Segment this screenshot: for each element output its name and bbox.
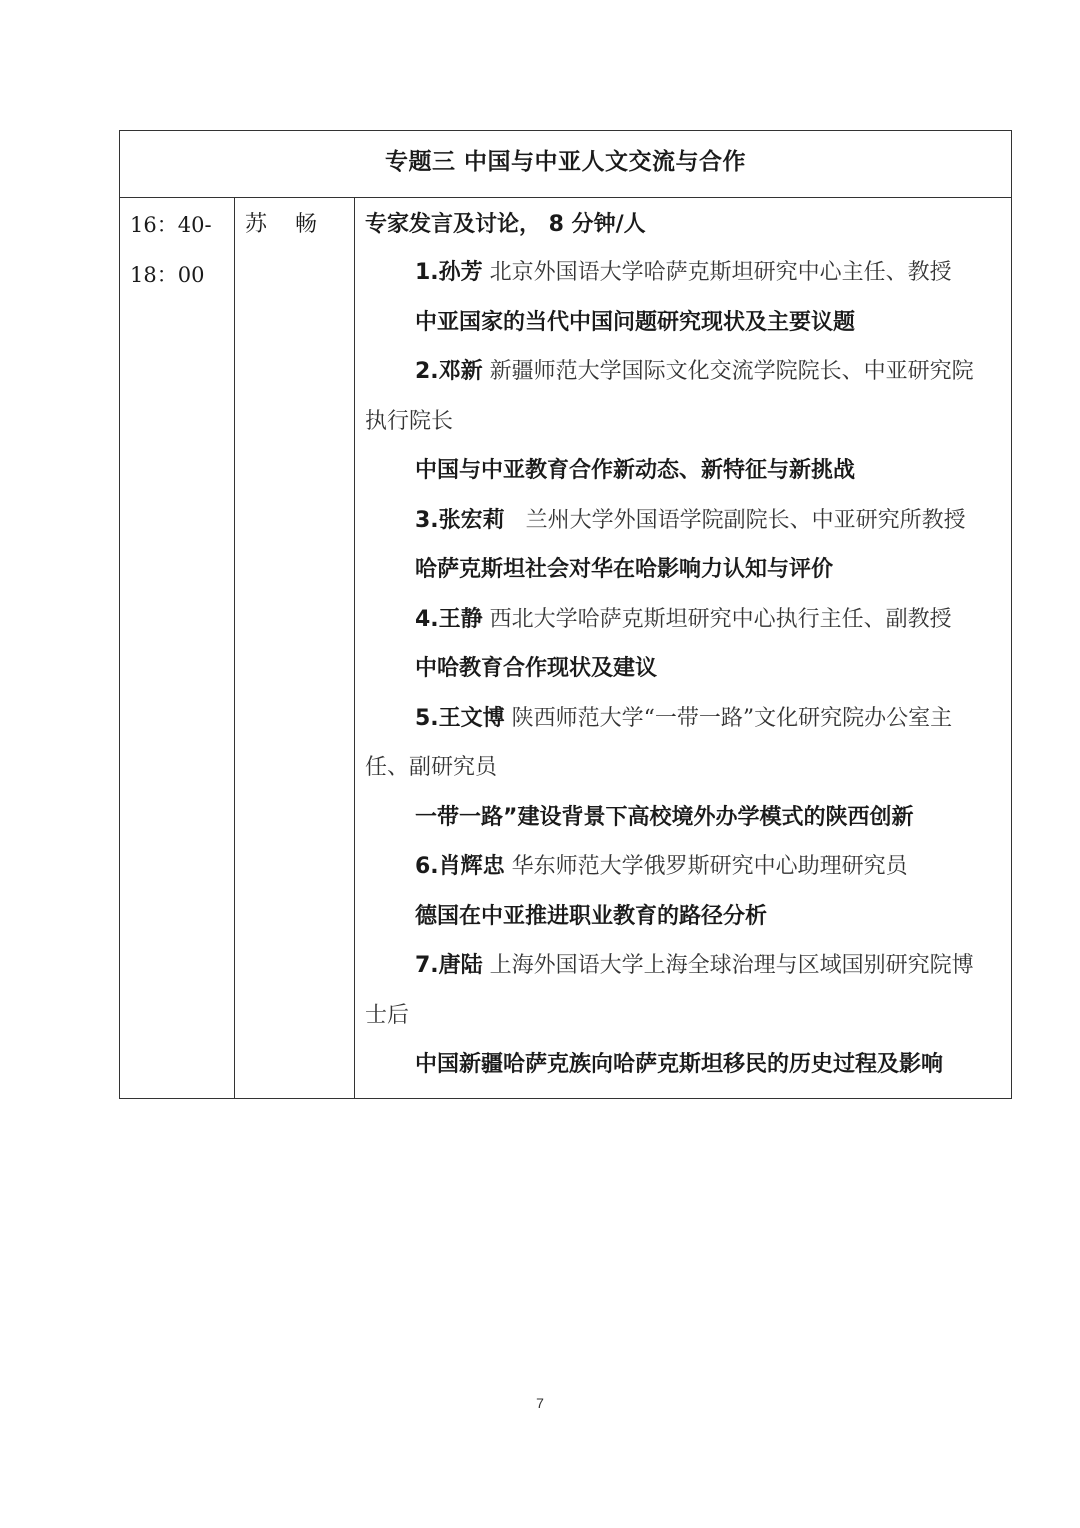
speaker-name: 3.张宏莉 (415, 508, 505, 533)
host-cell: 苏畅 (235, 198, 355, 1099)
session-row: 16：40- 18：00 苏畅 专家发言及讨论， 8 分钟/人 1.孙芳 北京外… (120, 198, 1012, 1099)
speaker-name: 1.孙芳 (415, 260, 483, 285)
section-title: 专题三 中国与中亚人文交流与合作 (120, 131, 1011, 176)
speaker-topic: 哈萨克斯坦社会对华在哈影响力认知与评价 (365, 545, 991, 595)
speaker-entry: 4.王静 西北大学哈萨克斯坦研究中心执行主任、副教授 (365, 595, 991, 645)
speaker-topic: 中哈教育合作现状及建议 (365, 644, 991, 694)
speaker-name: 6.肖辉忠 (415, 854, 505, 879)
content-cell: 专家发言及讨论， 8 分钟/人 1.孙芳 北京外国语大学哈萨克斯坦研究中心主任、… (355, 198, 1012, 1099)
speaker-entry: 1.孙芳 北京外国语大学哈萨克斯坦研究中心主任、教授 (365, 248, 991, 298)
title-row: 专题三 中国与中亚人文交流与合作 (120, 131, 1012, 198)
speaker-entry: 6.肖辉忠 华东师范大学俄罗斯研究中心助理研究员 (365, 842, 991, 892)
speaker-topic: 中国新疆哈萨克族向哈萨克斯坦移民的历史过程及影响 (365, 1040, 991, 1090)
speaker-topic: 中国与中亚教育合作新动态、新特征与新挑战 (365, 446, 991, 496)
speaker-topic: 中亚国家的当代中国问题研究现状及主要议题 (365, 298, 991, 348)
speaker-affiliation: 北京外国语大学哈萨克斯坦研究中心主任、教授 (490, 260, 952, 285)
speaker-topic: 德国在中亚推进职业教育的路径分析 (365, 892, 991, 942)
speaker-entry: 3.张宏莉 兰州大学外国语学院副院长、中亚研究所教授 (365, 496, 991, 546)
time-cell: 16：40- 18：00 (120, 198, 235, 1099)
speaker-name: 7.唐陆 (415, 953, 483, 978)
speaker-entry: 2.邓新 新疆师范大学国际文化交流学院院长、中亚研究院执行院长 (365, 347, 991, 446)
speaker-name: 4.王静 (415, 607, 483, 632)
agenda-table: 专题三 中国与中亚人文交流与合作 16：40- 18：00 苏畅 专家发言及讨论… (119, 130, 1012, 1099)
speaker-name: 5.王文博 (415, 706, 505, 731)
speaker-affiliation: 兰州大学外国语学院副院长、中亚研究所教授 (526, 508, 966, 533)
session-heading: 专家发言及讨论， 8 分钟/人 (365, 202, 991, 248)
page-number: 7 (0, 1395, 1080, 1411)
speaker-topic: 一带一路”建设背景下高校境外办学模式的陕西创新 (365, 793, 991, 843)
speaker-entry: 5.王文博 陕西师范大学“一带一路”文化研究院办公室主任、副研究员 (365, 694, 991, 793)
time-start: 16：40- (130, 200, 234, 250)
time-end: 18：00 (130, 250, 234, 300)
speaker-affiliation: 西北大学哈萨克斯坦研究中心执行主任、副教授 (490, 607, 952, 632)
host-name: 苏畅 (245, 200, 354, 250)
speaker-entry: 7.唐陆 上海外国语大学上海全球治理与区域国别研究院博士后 (365, 941, 991, 1040)
speaker-affiliation: 华东师范大学俄罗斯研究中心助理研究员 (512, 854, 908, 879)
title-cell: 专题三 中国与中亚人文交流与合作 (120, 131, 1012, 198)
speaker-name: 2.邓新 (415, 359, 483, 384)
